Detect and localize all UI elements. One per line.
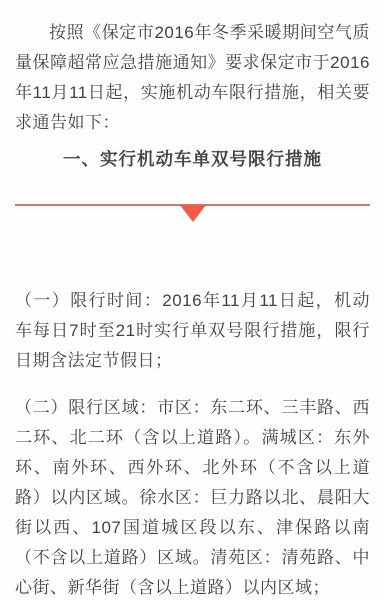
section-divider: [15, 204, 370, 206]
article-page: { "page": { "colors": { "bg": "#fefefe",…: [0, 0, 385, 600]
notice-article: 按照《保定市2016年冬季采暖期间空气质量保障超常应急措施通知》要求保定市于20…: [15, 18, 370, 600]
triangle-down-icon: [180, 205, 206, 222]
intro-paragraph: 按照《保定市2016年冬季采暖期间空气质量保障超常应急措施通知》要求保定市于20…: [15, 18, 370, 138]
restriction-time-paragraph: （一）限行时间：2016年11月11日起，机动车每日7时至21时实行单双号限行措…: [15, 286, 370, 376]
section-title: 一、实行机动车单双号限行措施: [15, 146, 370, 172]
restriction-area-paragraph: （二）限行区域：市区：东二环、三丰路、西二环、北二环（含以上道路）。满城区：东外…: [15, 393, 370, 600]
